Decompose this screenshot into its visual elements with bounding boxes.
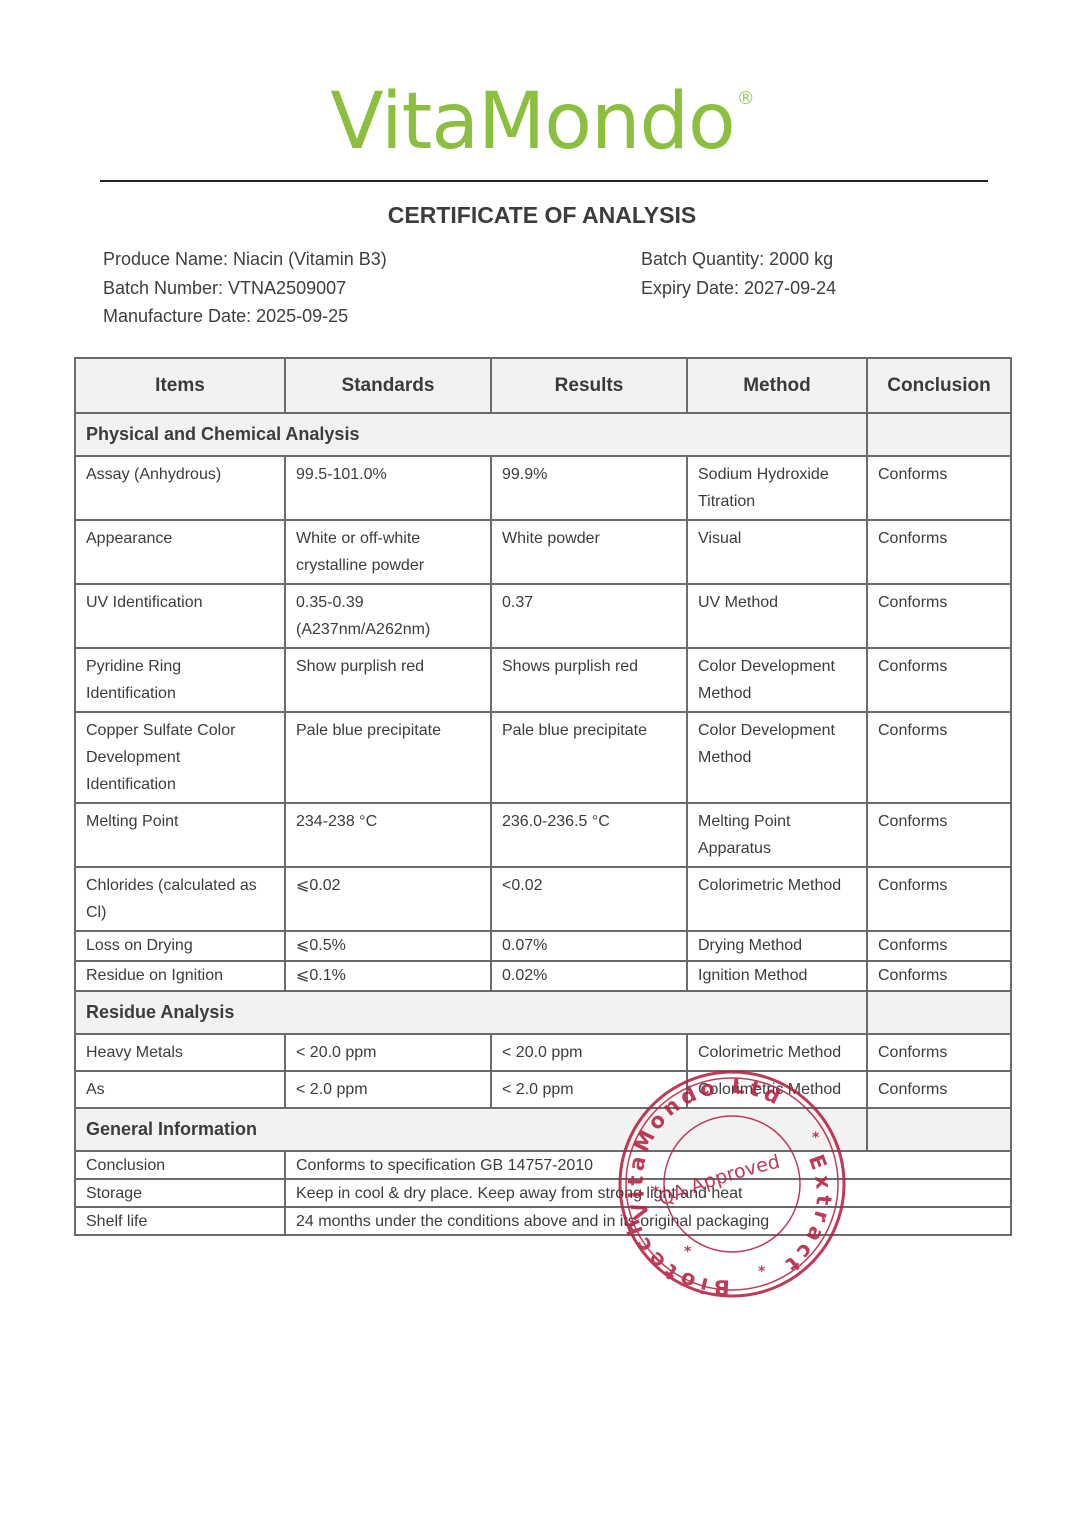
cell-method: Ignition Method xyxy=(687,961,867,991)
product-name: Produce Name: Niacin (Vitamin B3) xyxy=(103,245,387,274)
table-row: Heavy Metals< 20.0 ppm< 20.0 ppmColorime… xyxy=(75,1034,1011,1071)
table-row: Copper Sulfate Color Development Identif… xyxy=(75,712,1011,803)
section-title: Residue Analysis xyxy=(75,991,867,1034)
general-info-value: Keep in cool & dry place. Keep away from… xyxy=(285,1179,1011,1207)
header-results: Results xyxy=(491,358,687,413)
section-empty-cell xyxy=(867,1108,1011,1151)
cell-item: Melting Point xyxy=(75,803,285,867)
cell-item: Copper Sulfate Color Development Identif… xyxy=(75,712,285,803)
general-info-row: Shelf life24 months under the conditions… xyxy=(75,1207,1011,1235)
expiry-date: Expiry Date: 2027-09-24 xyxy=(641,274,836,303)
cell-method: Visual xyxy=(687,520,867,584)
section-header-row: Physical and Chemical Analysis xyxy=(75,413,1011,456)
table-row: Residue on Ignition⩽0.1%0.02%Ignition Me… xyxy=(75,961,1011,991)
table-row: Assay (Anhydrous)99.5-101.0%99.9%Sodium … xyxy=(75,456,1011,520)
cell-standard: 99.5-101.0% xyxy=(285,456,491,520)
cell-conclusion: Conforms xyxy=(867,931,1011,961)
cell-item: Heavy Metals xyxy=(75,1034,285,1071)
cell-item: Assay (Anhydrous) xyxy=(75,456,285,520)
cell-standard: Pale blue precipitate xyxy=(285,712,491,803)
cell-result: <0.02 xyxy=(491,867,687,931)
section-header-row: Residue Analysis xyxy=(75,991,1011,1034)
cell-method: Melting Point Apparatus xyxy=(687,803,867,867)
stamp-star-icon: * xyxy=(684,1244,692,1260)
cell-standard: < 2.0 ppm xyxy=(285,1071,491,1108)
cell-result: 0.37 xyxy=(491,584,687,648)
general-info-label: Storage xyxy=(75,1179,285,1207)
cell-conclusion: Conforms xyxy=(867,648,1011,712)
cell-standard: 0.35-0.39 (A237nm/A262nm) xyxy=(285,584,491,648)
table-row: Chlorides (calculated as Cl)⩽0.02<0.02Co… xyxy=(75,867,1011,931)
batch-number: Batch Number: VTNA2509007 xyxy=(103,274,387,303)
general-info-row: StorageKeep in cool & dry place. Keep aw… xyxy=(75,1179,1011,1207)
cell-method: Sodium Hydroxide Titration xyxy=(687,456,867,520)
cell-result: < 2.0 ppm xyxy=(491,1071,687,1108)
table-row: Pyridine Ring IdentificationShow purplis… xyxy=(75,648,1011,712)
brand-logo: VitaMondo® xyxy=(0,80,1084,166)
cell-method: Colorimetric Method xyxy=(687,867,867,931)
cell-method: Colorimetric Method xyxy=(687,1034,867,1071)
cell-item: Appearance xyxy=(75,520,285,584)
cell-result: Shows purplish red xyxy=(491,648,687,712)
meta-right: Batch Quantity: 2000 kg Expiry Date: 202… xyxy=(641,245,836,302)
registered-mark: ® xyxy=(737,88,754,109)
general-info-label: Shelf life xyxy=(75,1207,285,1235)
cell-item: As xyxy=(75,1071,285,1108)
cell-method: Color Development Method xyxy=(687,648,867,712)
cell-conclusion: Conforms xyxy=(867,867,1011,931)
cell-standard: Show purplish red xyxy=(285,648,491,712)
section-header-row: General Information xyxy=(75,1108,1011,1151)
meta-left: Produce Name: Niacin (Vitamin B3) Batch … xyxy=(103,245,387,331)
cell-conclusion: Conforms xyxy=(867,456,1011,520)
cell-conclusion: Conforms xyxy=(867,1071,1011,1108)
table-row: As< 2.0 ppm< 2.0 ppmColorimetric MethodC… xyxy=(75,1071,1011,1108)
table-row: Loss on Drying⩽0.5%0.07%Drying MethodCon… xyxy=(75,931,1011,961)
header-items: Items xyxy=(75,358,285,413)
cell-result: 236.0-236.5 °C xyxy=(491,803,687,867)
cell-standard: 234-238 °C xyxy=(285,803,491,867)
header-divider xyxy=(100,180,988,182)
cell-conclusion: Conforms xyxy=(867,803,1011,867)
cell-method: Drying Method xyxy=(687,931,867,961)
cell-result: White powder xyxy=(491,520,687,584)
header-standards: Standards xyxy=(285,358,491,413)
cell-conclusion: Conforms xyxy=(867,961,1011,991)
cell-standard: ⩽0.1% xyxy=(285,961,491,991)
table-row: Melting Point234-238 °C236.0-236.5 °CMel… xyxy=(75,803,1011,867)
cell-conclusion: Conforms xyxy=(867,712,1011,803)
cell-conclusion: Conforms xyxy=(867,584,1011,648)
cell-method: UV Method xyxy=(687,584,867,648)
document-title: CERTIFICATE OF ANALYSIS xyxy=(0,202,1084,229)
manufacture-date: Manufacture Date: 2025-09-25 xyxy=(103,302,387,331)
section-title: Physical and Chemical Analysis xyxy=(75,413,867,456)
header-method: Method xyxy=(687,358,867,413)
section-title: General Information xyxy=(75,1108,867,1151)
general-info-row: ConclusionConforms to specification GB 1… xyxy=(75,1151,1011,1179)
header-conclusion: Conclusion xyxy=(867,358,1011,413)
cell-conclusion: Conforms xyxy=(867,1034,1011,1071)
cell-item: Residue on Ignition xyxy=(75,961,285,991)
general-info-value: 24 months under the conditions above and… xyxy=(285,1207,1011,1235)
table-row: AppearanceWhite or off-white crystalline… xyxy=(75,520,1011,584)
cell-result: 99.9% xyxy=(491,456,687,520)
cell-item: UV Identification xyxy=(75,584,285,648)
cell-method: Color Development Method xyxy=(687,712,867,803)
table-row: UV Identification0.35-0.39 (A237nm/A262n… xyxy=(75,584,1011,648)
batch-quantity: Batch Quantity: 2000 kg xyxy=(641,245,836,274)
brand-name: VitaMondo xyxy=(330,77,734,167)
cell-standard: < 20.0 ppm xyxy=(285,1034,491,1071)
cell-item: Loss on Drying xyxy=(75,931,285,961)
cell-result: 0.07% xyxy=(491,931,687,961)
stamp-star-icon: * xyxy=(758,1264,766,1280)
table-header-row: Items Standards Results Method Conclusio… xyxy=(75,358,1011,413)
cell-result: 0.02% xyxy=(491,961,687,991)
analysis-table: Items Standards Results Method Conclusio… xyxy=(74,357,1012,1236)
cell-standard: ⩽0.5% xyxy=(285,931,491,961)
cell-result: < 20.0 ppm xyxy=(491,1034,687,1071)
cell-standard: ⩽0.02 xyxy=(285,867,491,931)
section-empty-cell xyxy=(867,991,1011,1034)
cell-standard: White or off-white crystalline powder xyxy=(285,520,491,584)
cell-result: Pale blue precipitate xyxy=(491,712,687,803)
cell-method: Colorimetric Method xyxy=(687,1071,867,1108)
cell-item: Pyridine Ring Identification xyxy=(75,648,285,712)
cell-item: Chlorides (calculated as Cl) xyxy=(75,867,285,931)
section-empty-cell xyxy=(867,413,1011,456)
cell-conclusion: Conforms xyxy=(867,520,1011,584)
general-info-label: Conclusion xyxy=(75,1151,285,1179)
general-info-value: Conforms to specification GB 14757-2010 xyxy=(285,1151,1011,1179)
